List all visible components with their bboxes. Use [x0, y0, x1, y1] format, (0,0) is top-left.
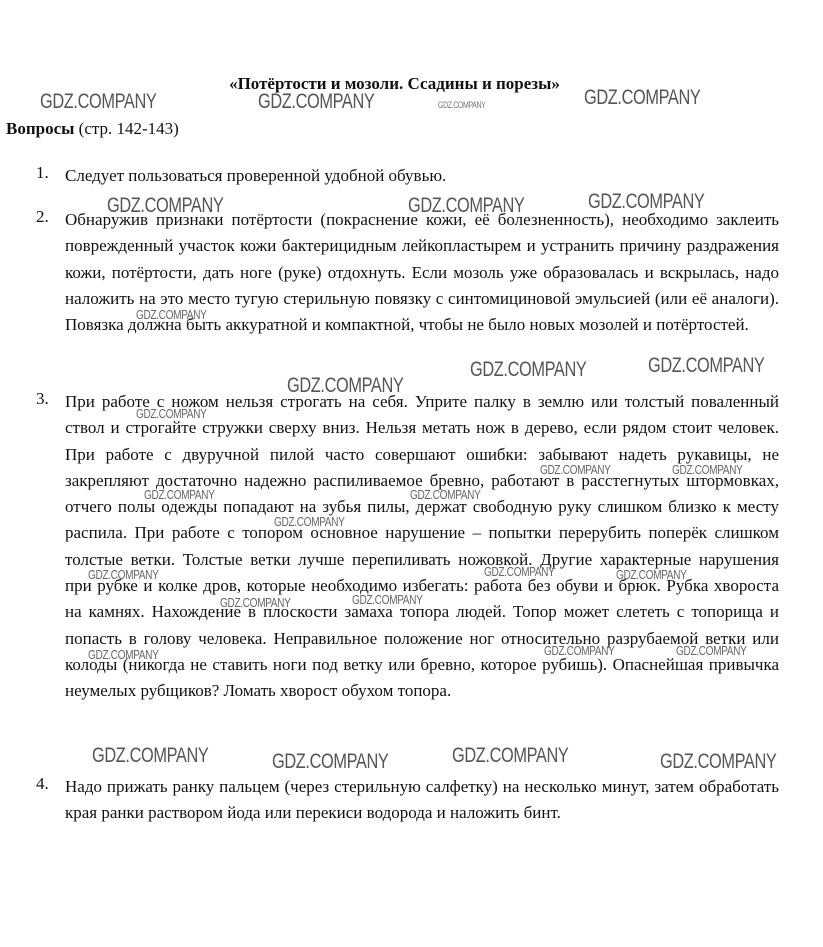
answer-text: При работе с ножом нельзя строгать на се… — [65, 389, 779, 705]
answer-number: 3. — [36, 389, 49, 409]
document-title: «Потёртости и мозоли. Ссадины и порезы» — [0, 74, 823, 94]
watermark: GDZ.COMPANY — [660, 750, 776, 774]
questions-heading: Вопросы (стр. 142-143) — [6, 119, 179, 139]
watermark: GDZ.COMPANY — [438, 100, 485, 110]
answer-number: 1. — [36, 163, 49, 183]
watermark: GDZ.COMPANY — [470, 358, 586, 382]
answer-number: 4. — [36, 774, 49, 794]
watermark: GDZ.COMPANY — [452, 744, 568, 768]
answer-text: Надо прижать ранку пальцем (через стерил… — [65, 774, 779, 827]
answer-text: Следует пользоваться проверенной удобной… — [65, 163, 779, 189]
questions-pages: (стр. 142-143) — [74, 119, 178, 138]
watermark: GDZ.COMPANY — [92, 744, 208, 768]
watermark: GDZ.COMPANY — [648, 354, 764, 378]
questions-label: Вопросы — [6, 119, 74, 138]
answer-text: Обнаружив признаки потёртости (покраснен… — [65, 207, 779, 338]
answer-number: 2. — [36, 207, 49, 227]
watermark: GDZ.COMPANY — [272, 750, 388, 774]
